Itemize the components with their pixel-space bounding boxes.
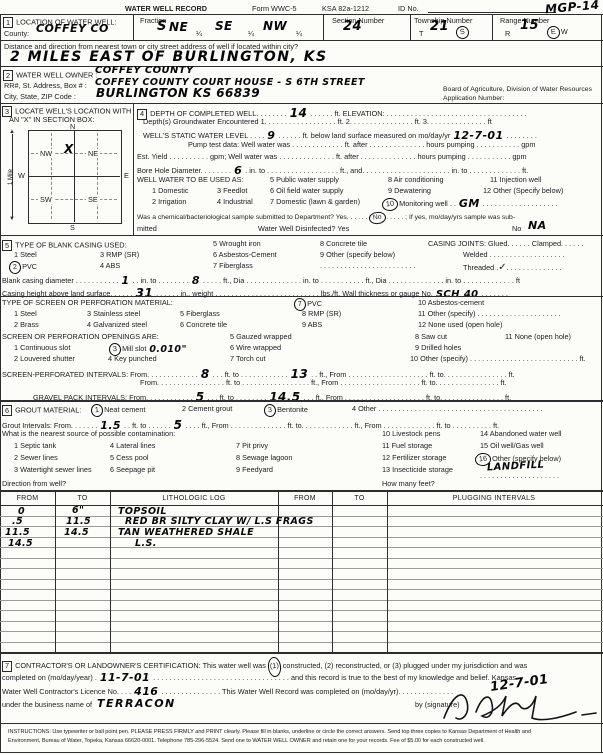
opening-4: 4 Key punched bbox=[108, 355, 157, 363]
range-e-circled: EW bbox=[546, 26, 568, 39]
section-5-box: 5 bbox=[2, 240, 12, 251]
circled-10: 10 bbox=[381, 197, 398, 212]
section-7-box: 7 bbox=[2, 661, 12, 672]
contam-11: 11 Fuel storage bbox=[382, 442, 432, 450]
casing-other-dots: . . . . . . . . . . . . . . . . . . . . … bbox=[320, 262, 415, 270]
contamination-title: What is the nearest source of possible c… bbox=[2, 430, 175, 438]
dashed-quarter-line bbox=[97, 133, 98, 219]
rule bbox=[0, 505, 603, 506]
dashed-quarter-line bbox=[51, 133, 52, 219]
col-from-1: FROM bbox=[0, 495, 55, 502]
log-row-to: 14.5 bbox=[64, 527, 89, 538]
quadrant-ne: NE bbox=[86, 149, 100, 158]
rule bbox=[0, 621, 603, 622]
screen-intervals-line2: From. . . . . . . . . . . . . . . . . ft… bbox=[140, 379, 507, 387]
use-option-5: 5 Public water supply bbox=[270, 176, 339, 184]
quadrant-nw: NW bbox=[38, 149, 54, 158]
casing-option-5: 5 Wrought iron bbox=[213, 240, 261, 248]
rule bbox=[0, 752, 603, 753]
screen-material-11: 11 Other (specify) . . . . . . . . . . .… bbox=[418, 310, 561, 318]
mitted-text: mitted bbox=[137, 225, 157, 233]
gravel-from-value: 5 bbox=[196, 391, 205, 404]
rule bbox=[0, 589, 603, 590]
screen-material-3: 3 Stainless steel bbox=[87, 310, 140, 318]
opening-6: 6 Wire wrapped bbox=[230, 344, 281, 352]
casing-option-7: 7 Fiberglass bbox=[213, 262, 253, 270]
rule bbox=[0, 40, 603, 41]
quarter-glyph: ¼ bbox=[296, 30, 302, 38]
rule bbox=[0, 652, 603, 654]
grout-3-selected: 3Bentonite bbox=[263, 404, 308, 417]
rule bbox=[332, 490, 333, 652]
contam-4: 4 Lateral lines bbox=[110, 442, 155, 450]
form-number: Form WWC-5 bbox=[252, 5, 297, 13]
fraction-2: SE bbox=[215, 19, 233, 33]
opening-7: 7 Torch cut bbox=[230, 355, 266, 363]
opening-2: 2 Louvered shutter bbox=[14, 355, 75, 363]
contam-9: 9 Feedyard bbox=[236, 466, 273, 474]
grout-title: 6GROUT MATERIAL: bbox=[2, 405, 81, 416]
rule bbox=[0, 610, 603, 611]
business-name-label: under the business name of bbox=[2, 701, 92, 709]
circled-2: 2 bbox=[8, 260, 21, 274]
township-value: 21 bbox=[430, 19, 449, 34]
certification-line2: completed on (mo/day/year) .11-7-01. . .… bbox=[2, 671, 516, 683]
township-t: T bbox=[419, 30, 423, 38]
owner-city-label: City, State, ZIP Code : bbox=[4, 93, 76, 101]
casing-diameter-line: Blank casing diameter . . . . . . . . . … bbox=[2, 274, 520, 286]
screen-material-2: 2 Brass bbox=[14, 321, 39, 329]
county-label: County: bbox=[4, 30, 29, 38]
screen-material-title: TYPE OF SCREEN OR PERFORATION MATERIAL: bbox=[2, 299, 173, 307]
rule bbox=[0, 558, 603, 559]
owner-title: 2WATER WELL OWNER : bbox=[3, 70, 97, 81]
arrow-down-icon: ▼ bbox=[9, 216, 15, 222]
casing-option-8: 8 Concrete tile bbox=[320, 240, 367, 248]
business-name-value: TERRACON bbox=[97, 697, 176, 710]
contam-3: 3 Watertight sewer lines bbox=[14, 466, 92, 474]
opening-1: 1 Continuous slot bbox=[14, 344, 70, 352]
owner-city-value: BURLINGTON KS 66839 bbox=[96, 86, 260, 100]
rule bbox=[0, 296, 603, 297]
threaded-checkmark: ✓ bbox=[498, 262, 506, 273]
county-value: COFFEY CO bbox=[36, 22, 109, 35]
section-box-title2: AN "X" IN SECTION BOX: bbox=[9, 116, 94, 124]
contam-15: 15 Oil well/Gas well bbox=[480, 442, 544, 450]
township-s-circled: S bbox=[455, 26, 470, 39]
log-row-from: 14.5 bbox=[8, 538, 33, 549]
rule bbox=[0, 14, 603, 15]
col-lithologic-log: LITHOLOGIC LOG bbox=[110, 495, 278, 502]
use-option-2: 2 Irrigation bbox=[152, 198, 186, 206]
owner-name: COFFEY COUNTY bbox=[95, 65, 194, 76]
rule bbox=[0, 568, 603, 569]
grout-4: 4 Other . . . . . . . . . . . . . . . . … bbox=[352, 405, 543, 413]
range-value: 15 bbox=[520, 18, 539, 33]
circled-no: No bbox=[368, 211, 386, 225]
opening-9: 9 Drilled holes bbox=[415, 344, 461, 352]
use-option-4: 4 Industrial bbox=[217, 198, 253, 206]
rule bbox=[55, 490, 56, 652]
section-6-box: 6 bbox=[2, 405, 12, 416]
col-from-2: FROM bbox=[278, 495, 332, 502]
id-rule bbox=[428, 12, 556, 13]
casing-option-3: 3 RMP (SR) bbox=[100, 251, 139, 259]
contam-1: 1 Septic tank bbox=[14, 442, 56, 450]
rule bbox=[0, 400, 603, 402]
disinfected-label: Water Well Disinfected? Yes bbox=[258, 225, 349, 233]
contam-10: 10 Livestock pens bbox=[382, 430, 440, 438]
id-label: ID No. bbox=[398, 5, 419, 13]
use-option-11: 11 Injection well bbox=[490, 176, 541, 184]
rule bbox=[0, 490, 603, 492]
how-many-feet-label: How many feet? bbox=[382, 480, 435, 488]
fraction-scribble: S bbox=[157, 19, 167, 34]
use-option-8: 8 Air conditioning bbox=[388, 176, 444, 184]
rule bbox=[110, 490, 111, 652]
circled-1: 1 bbox=[90, 403, 103, 417]
welded-label: Welded . . . . . . . . . . . . . . . . .… bbox=[463, 251, 565, 259]
rule bbox=[133, 14, 134, 40]
opening-5: 5 Gauzed wrapped bbox=[230, 333, 292, 341]
compass-s: S bbox=[70, 224, 75, 232]
mile-label: 1 Mile bbox=[8, 169, 15, 185]
est-yield-line: Est. Yield . . . . . . . . . . gpm; Well… bbox=[137, 153, 527, 161]
contam-2: 2 Sewer lines bbox=[14, 454, 58, 462]
contam-7: 7 Pit privy bbox=[236, 442, 268, 450]
direction-label: Direction from well? bbox=[2, 480, 66, 488]
contam-5: 5 Cess pool bbox=[110, 454, 149, 462]
rule bbox=[133, 103, 134, 235]
casing-option-1: 1 Steel bbox=[14, 251, 37, 259]
fraction-1: NE bbox=[169, 20, 188, 34]
section-number-value: 24 bbox=[343, 19, 362, 34]
rule bbox=[0, 103, 603, 104]
log-row-from: 11.5 bbox=[5, 527, 30, 538]
rule bbox=[0, 631, 603, 632]
screen-material-6: 6 Concrete tile bbox=[180, 321, 227, 329]
screen-material-1: 1 Steel bbox=[14, 310, 37, 318]
quarter-glyph: ¼ bbox=[196, 30, 202, 38]
sample-line: Was a chemical/bacteriological sample su… bbox=[137, 212, 515, 224]
board-label: Board of Agriculture, Division of Water … bbox=[443, 86, 592, 93]
rule bbox=[0, 579, 603, 580]
rule bbox=[0, 600, 603, 601]
compass-e: E bbox=[124, 172, 129, 180]
rule bbox=[0, 66, 603, 67]
col-to-1: TO bbox=[55, 495, 110, 502]
use-option-1: 1 Domestic bbox=[152, 187, 189, 195]
contam-12: 12 Fertilizer storage bbox=[382, 454, 446, 462]
use-option-3: 3 Feedlot bbox=[217, 187, 247, 195]
screen-material-4: 4 Galvanized steel bbox=[87, 321, 147, 329]
screen-material-12: 12 None used (open hole) bbox=[418, 321, 502, 329]
rule bbox=[492, 14, 493, 40]
log-row-desc: RED BR SILTY CLAY W/ L.S FRAGS bbox=[125, 516, 314, 527]
log-row-to: 11.5 bbox=[66, 516, 91, 527]
gravel-to-value: 14.5 bbox=[269, 391, 300, 404]
casing-option-4: 4 ABS bbox=[100, 262, 120, 270]
rule bbox=[74, 130, 75, 222]
water-well-record-form: WATER WELL RECORD Form WWC-5 KSA 82a-121… bbox=[0, 0, 603, 755]
opening-8: 8 Saw cut bbox=[415, 333, 447, 341]
use-title: WELL WATER TO BE USED AS: bbox=[137, 176, 244, 184]
contam-8: 8 Sewage lagoon bbox=[236, 454, 292, 462]
section-2-box: 2 bbox=[3, 70, 13, 81]
rule bbox=[0, 235, 603, 236]
section-diagram bbox=[28, 130, 122, 224]
arrow-up-icon: ▲ bbox=[9, 129, 15, 135]
quarter-glyph: ¼ bbox=[248, 30, 254, 38]
quadrant-se: SE bbox=[86, 195, 100, 204]
use-option-6: 6 Oil field water supply bbox=[270, 187, 343, 195]
grout-2: 2 Cement grout bbox=[182, 405, 232, 413]
disinfected-na: NA bbox=[528, 219, 547, 232]
rule bbox=[0, 537, 603, 538]
application-number-label: Application Number: bbox=[443, 95, 504, 102]
col-to-2: TO bbox=[332, 495, 387, 502]
circled-3: 3 bbox=[263, 403, 276, 417]
instructions-line2: Environment, Bureau of Water, Topeka, Ka… bbox=[8, 738, 485, 744]
use-option-9: 9 Dewatering bbox=[388, 187, 431, 195]
quadrant-sw: SW bbox=[38, 195, 54, 204]
opening-10: 10 Other (specify) . . . . . . . . . . .… bbox=[410, 355, 586, 363]
log-row-to: 6" bbox=[72, 505, 84, 516]
rule bbox=[0, 547, 603, 548]
contam-6: 6 Seepage pit bbox=[110, 466, 155, 474]
screen-material-9: 9 ABS bbox=[302, 321, 322, 329]
owner-address-label: RR#, St. Address, Box # : bbox=[4, 82, 87, 90]
signature-scribble bbox=[440, 684, 598, 724]
casing-option-2-selected: 2PVC bbox=[8, 261, 37, 274]
grout-1-selected: 1Neat cement bbox=[90, 404, 145, 417]
rule bbox=[323, 14, 324, 40]
fraction-3: NW bbox=[263, 19, 287, 33]
log-row-from: .5 bbox=[12, 516, 23, 527]
casing-option-6: 6 Asbestos-Cement bbox=[213, 251, 277, 259]
rule bbox=[278, 490, 279, 652]
contam-14: 14 Abandoned water well bbox=[480, 430, 562, 438]
casing-joints-label: CASING JOINTS: Glued. . . . . . Clamped.… bbox=[428, 240, 583, 248]
section-1-box: 1 bbox=[3, 17, 13, 28]
threaded-label: Threaded .✓. . . . . . . . . . . . . . bbox=[463, 262, 561, 273]
use-option-10-selected: 10Monitoring well . .GM. . . . . . . . .… bbox=[381, 197, 558, 211]
well-x-mark: X bbox=[64, 142, 74, 156]
use-option-7: 7 Domestic (lawn & garden) bbox=[270, 198, 360, 206]
pump-test-line: Pump test data: Well water was . . . . .… bbox=[188, 141, 535, 149]
openings-title: SCREEN OR PERFORATION OPENINGS ARE: bbox=[2, 333, 159, 341]
log-row-desc: L.S. bbox=[135, 538, 157, 549]
screen-material-5: 5 Fiberglass bbox=[180, 310, 220, 318]
col-plugging-intervals: PLUGGING INTERVALS bbox=[387, 495, 601, 502]
opening-11: 11 None (open hole) bbox=[505, 333, 571, 341]
rule bbox=[0, 723, 603, 724]
contam-other-dots: . . . . . . . . . . . . . . . . . . . . bbox=[480, 472, 559, 480]
distance-value: 2 MILES EAST OF BURLINGTON, KS bbox=[10, 49, 328, 65]
screen-material-8: 8 RMP (SR) bbox=[302, 310, 341, 318]
completed-date-value: 11-7-01 bbox=[100, 672, 150, 684]
groundwater-line: Depth(s) Groundwater Encountered 1. . . … bbox=[143, 118, 492, 126]
instructions-line1: INSTRUCTIONS: Use typewriter or ball poi… bbox=[8, 729, 531, 735]
rule bbox=[410, 14, 411, 40]
certification-line3: Water Well Contractor's Licence No. . . … bbox=[2, 685, 453, 697]
contam-13: 13 Insecticide storage bbox=[382, 466, 453, 474]
casing-option-9: 9 Other (specify below) bbox=[320, 251, 395, 259]
monitoring-note: GM bbox=[459, 198, 480, 210]
rule bbox=[0, 642, 603, 643]
rule bbox=[387, 490, 388, 652]
use-option-12: 12 Other (Specify below) bbox=[483, 187, 563, 195]
ksa-ref: KSA 82a-1212 bbox=[322, 5, 369, 13]
log-row-desc: TAN WEATHERED SHALE bbox=[118, 527, 254, 538]
compass-w: W bbox=[18, 172, 25, 180]
disinfected-no: No bbox=[512, 225, 521, 233]
screen-material-10: 10 Asbestos-cement bbox=[418, 299, 484, 307]
form-title: WATER WELL RECORD bbox=[125, 5, 207, 13]
range-r: R bbox=[505, 30, 510, 38]
